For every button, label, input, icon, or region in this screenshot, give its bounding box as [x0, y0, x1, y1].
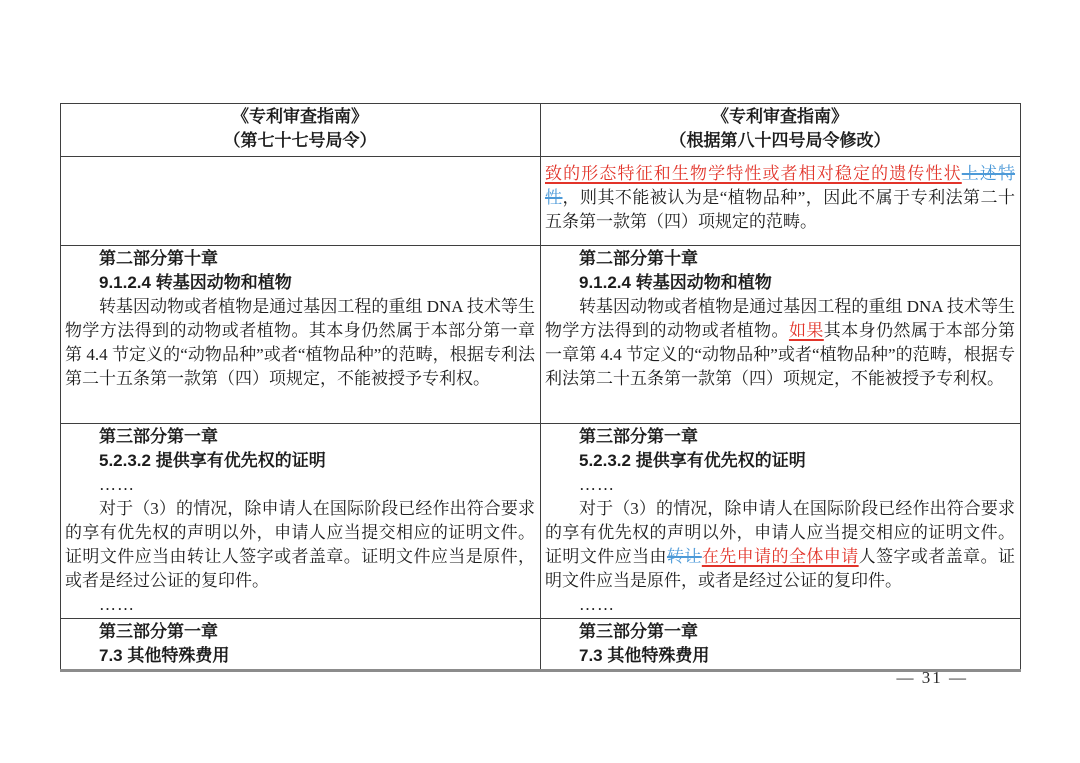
header-title-new: 《专利审查指南》: [545, 105, 1015, 129]
header-cell-new-version: 《专利审查指南》 （根据第八十四号局令修改）: [541, 104, 1021, 157]
text-run: ……: [579, 475, 615, 494]
text-run: 9.1.2.4 转基因动物和植物: [579, 273, 772, 292]
cell-new-text: 致的形态特征和生物学特性或者相对稳定的遗传性状上述特性，则其不能被认为是“植物品…: [541, 157, 1021, 246]
section-heading: 9.1.2.4 转基因动物和植物: [545, 271, 1015, 295]
table-row: 第三部分第一章5.2.3.2 提供享有优先权的证明……对于（3）的情况，除申请人…: [61, 424, 1021, 619]
cell-old-text: [61, 157, 541, 246]
paragraph: 转基因动物或者植物是通过基因工程的重组 DNA 技术等生物学方法得到的动物或者植…: [545, 295, 1015, 391]
header-subtitle-new: （根据第八十四号局令修改）: [545, 129, 1015, 153]
header-subtitle-old: （第七十七号局令）: [65, 129, 535, 153]
text-run: 7.3 其他特殊费用: [579, 646, 709, 665]
paragraph: 对于（3）的情况，除申请人在国际阶段已经作出符合要求的享有优先权的声明以外，申请…: [65, 497, 535, 593]
text-run: 7.3 其他特殊费用: [99, 646, 229, 665]
page-number: — 31 —: [897, 668, 969, 688]
text-run: ……: [99, 475, 135, 494]
section-heading: 5.2.3.2 提供享有优先权的证明: [545, 449, 1015, 473]
section-heading: 第二部分第十章: [545, 247, 1015, 271]
text-run: 第二部分第十章: [99, 249, 218, 268]
section-heading: 第三部分第一章: [545, 620, 1015, 644]
cell-old-text: 第三部分第一章7.3 其他特殊费用: [61, 619, 541, 671]
cell-new-text: 第三部分第一章7.3 其他特殊费用: [541, 619, 1021, 671]
text-run: 第三部分第一章: [579, 622, 698, 641]
ellipsis-line: ……: [65, 473, 535, 497]
inserted-text: 在先申请的全体申请: [702, 547, 859, 566]
ellipsis-line: ……: [545, 593, 1015, 617]
section-heading: 第三部分第一章: [65, 425, 535, 449]
text-run: 9.1.2.4 转基因动物和植物: [99, 273, 292, 292]
table-header-row: 《专利审查指南》 （第七十七号局令） 《专利审查指南》 （根据第八十四号局令修改…: [61, 104, 1021, 157]
inserted-text: 如果: [789, 321, 824, 340]
table-row: 致的形态特征和生物学特性或者相对稳定的遗传性状上述特性，则其不能被认为是“植物品…: [61, 157, 1021, 246]
text-run: 第三部分第一章: [99, 622, 218, 641]
text-run: 第三部分第一章: [99, 427, 218, 446]
cell-new-text: 第三部分第一章5.2.3.2 提供享有优先权的证明……对于（3）的情况，除申请人…: [541, 424, 1021, 619]
paragraph: 对于（3）的情况，除申请人在国际阶段已经作出符合要求的享有优先权的声明以外，申请…: [545, 497, 1015, 593]
section-heading: 第三部分第一章: [545, 425, 1015, 449]
text-run: 第二部分第十章: [579, 249, 698, 268]
inserted-text: 致的形态特征和生物学特性或者相对稳定的遗传性状: [545, 164, 962, 183]
text-run: 5.2.3.2 提供享有优先权的证明: [579, 451, 806, 470]
cell-old-text: 第二部分第十章9.1.2.4 转基因动物和植物转基因动物或者植物是通过基因工程的…: [61, 246, 541, 424]
paragraph: 致的形态特征和生物学特性或者相对稳定的遗传性状上述特性，则其不能被认为是“植物品…: [545, 162, 1015, 234]
table-row: 第二部分第十章9.1.2.4 转基因动物和植物转基因动物或者植物是通过基因工程的…: [61, 246, 1021, 424]
text-run: 第三部分第一章: [579, 427, 698, 446]
deleted-text: 转让: [667, 547, 702, 566]
comparison-table: 《专利审查指南》 （第七十七号局令） 《专利审查指南》 （根据第八十四号局令修改…: [60, 103, 1021, 672]
table-body: 致的形态特征和生物学特性或者相对稳定的遗传性状上述特性，则其不能被认为是“植物品…: [61, 157, 1021, 671]
table-row: 第三部分第一章7.3 其他特殊费用 第三部分第一章7.3 其他特殊费用: [61, 619, 1021, 671]
cell-new-text: 第二部分第十章9.1.2.4 转基因动物和植物转基因动物或者植物是通过基因工程的…: [541, 246, 1021, 424]
section-heading: 第二部分第十章: [65, 247, 535, 271]
section-heading: 5.2.3.2 提供享有优先权的证明: [65, 449, 535, 473]
text-run: 对于（3）的情况，除申请人在国际阶段已经作出符合要求的享有优先权的声明以外，申请…: [65, 499, 535, 590]
text-run: ，则其不能被认为是“植物品种”，因此不属于专利法第二十五条第一款第（四）项规定的…: [545, 188, 1015, 231]
section-heading: 7.3 其他特殊费用: [545, 644, 1015, 668]
text-run: ……: [99, 595, 135, 614]
paragraph: 转基因动物或者植物是通过基因工程的重组 DNA 技术等生物学方法得到的动物或者植…: [65, 295, 535, 391]
text-run: 5.2.3.2 提供享有优先权的证明: [99, 451, 326, 470]
section-heading: 7.3 其他特殊费用: [65, 644, 535, 668]
header-title-old: 《专利审查指南》: [65, 105, 535, 129]
cell-old-text: 第三部分第一章5.2.3.2 提供享有优先权的证明……对于（3）的情况，除申请人…: [61, 424, 541, 619]
header-cell-old-version: 《专利审查指南》 （第七十七号局令）: [61, 104, 541, 157]
ellipsis-line: ……: [545, 473, 1015, 497]
ellipsis-line: ……: [65, 593, 535, 617]
section-heading: 9.1.2.4 转基因动物和植物: [65, 271, 535, 295]
document-page: 《专利审查指南》 （第七十七号局令） 《专利审查指南》 （根据第八十四号局令修改…: [0, 0, 1080, 763]
section-heading: 第三部分第一章: [65, 620, 535, 644]
text-run: ……: [579, 595, 615, 614]
text-run: 转基因动物或者植物是通过基因工程的重组 DNA 技术等生物学方法得到的动物或者植…: [65, 297, 535, 388]
